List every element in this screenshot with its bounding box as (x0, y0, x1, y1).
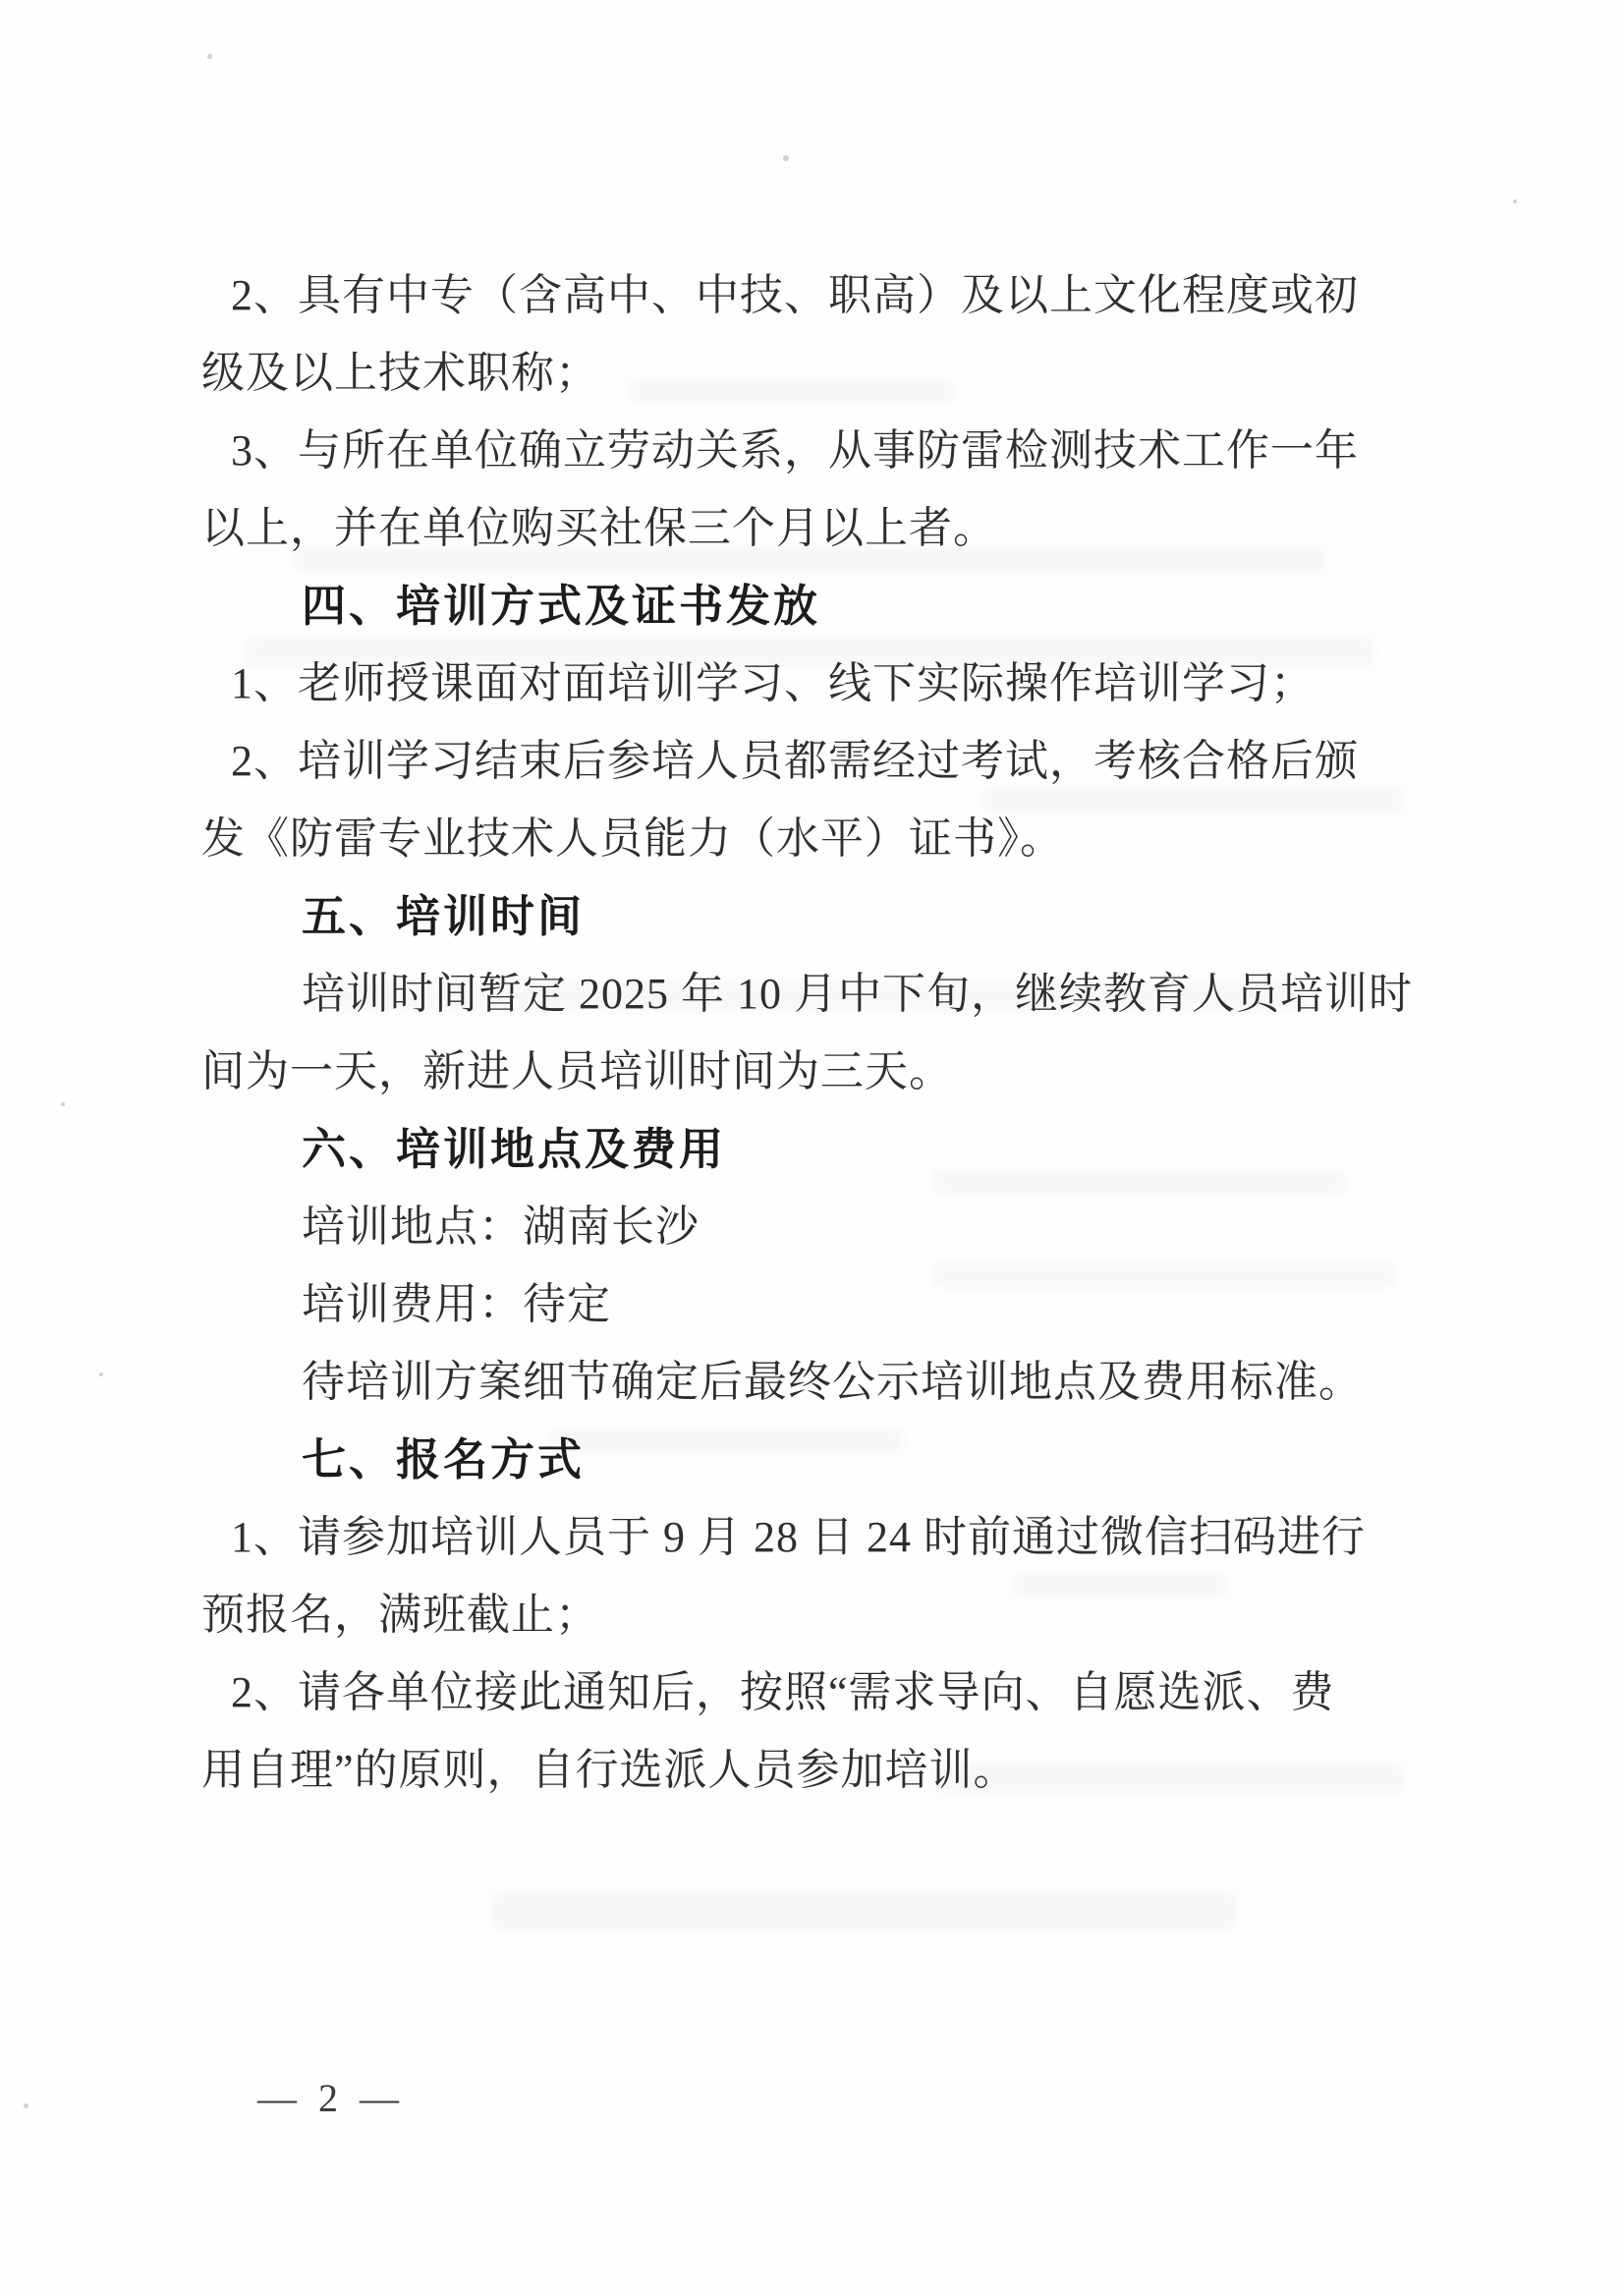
text-line: 待培训方案细节确定后最终公示培训地点及费用标准。 (201, 1360, 1390, 1405)
text-line: 2、请各单位接此通知后，按照“需求导向、自愿选派、费 (201, 1670, 1390, 1715)
page-number: — 2 — (257, 2075, 405, 2121)
text-line: 1、请参加培训人员于 9 月 28 日 24 时前通过微信扫码进行 (201, 1515, 1390, 1560)
scan-artifact (99, 1372, 103, 1376)
scan-artifact (61, 1102, 65, 1106)
section-heading: 六、培训地点及费用 (201, 1127, 1390, 1172)
text-line: 2、具有中专（含高中、中技、职高）及以上文化程度或初 (201, 273, 1390, 318)
scan-artifact (1513, 199, 1517, 203)
text-line: 预报名，满班截止； (201, 1593, 1390, 1638)
scanned-document-page: 2、具有中专（含高中、中技、职高）及以上文化程度或初级及以上技术职称；3、与所在… (0, 0, 1624, 2296)
text-line: 3、与所在单位确立劳动关系，从事防雷检测技术工作一年 (201, 428, 1390, 474)
text-line: 培训时间暂定 2025 年 10 月中下旬，继续教育人员培训时 (201, 972, 1390, 1017)
text-line: 间为一天，新进人员培训时间为三天。 (201, 1049, 1390, 1094)
section-heading: 四、培训方式及证书发放 (201, 584, 1390, 629)
text-line: 发《防雷专业技术人员能力（水平）证书》。 (201, 816, 1390, 862)
text-line: 级及以上技术职称； (201, 351, 1390, 396)
text-line: 以上，并在单位购买社保三个月以上者。 (201, 506, 1390, 551)
section-heading: 七、报名方式 (201, 1437, 1390, 1483)
scan-artifact (24, 2103, 28, 2108)
text-line: 培训地点：湖南长沙 (201, 1204, 1390, 1250)
scan-artifact (491, 1891, 1238, 1931)
text-line: 1、老师授课面对面培训学习、线下实际操作培训学习； (201, 661, 1390, 706)
text-line: 用自理”的原则，自行选派人员参加培训。 (201, 1748, 1390, 1793)
scan-artifact (207, 54, 212, 59)
scan-artifact (783, 155, 789, 161)
document-body: 2、具有中专（含高中、中技、职高）及以上文化程度或初级及以上技术职称；3、与所在… (201, 273, 1390, 1825)
text-line: 培训费用：待定 (201, 1282, 1390, 1327)
section-heading: 五、培训时间 (201, 894, 1390, 939)
text-line: 2、培训学习结束后参培人员都需经过考试，考核合格后颁 (201, 739, 1390, 784)
